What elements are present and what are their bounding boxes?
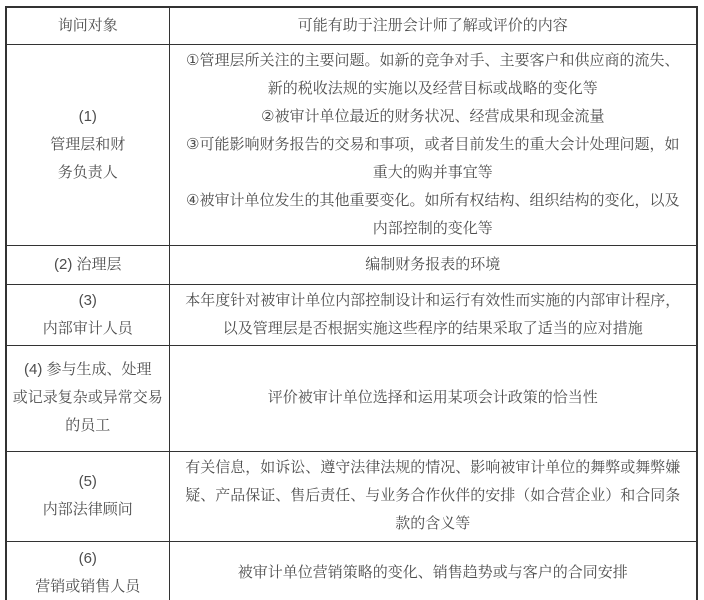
subject-line: 务负责人 [11,159,165,187]
content-cell: 有关信息，如诉讼、遵守法律法规的情况、影响被审计单位的舞弊或舞弊嫌疑、产品保证、… [169,451,697,541]
subject-line: (6) [11,545,165,573]
table-row: (4) 参与生成、处理或记录复杂或异常交易的员工评价被审计单位选择和运用某项会计… [6,345,697,451]
subject-line: (4) 参与生成、处理 [11,356,165,384]
table-header: 询问对象 可能有助于注册会计师了解或评价的内容 [6,7,697,44]
table-body: (1)管理层和财务负责人①管理层所关注的主要问题。如新的竞争对手、主要客户和供应… [6,44,697,600]
header-cell-subject: 询问对象 [6,7,169,44]
content-paragraph: 评价被审计单位选择和运用某项会计政策的恰当性 [185,384,682,412]
table-row: (3)内部审计人员本年度针对被审计单位内部控制设计和运行有效性而实施的内部审计程… [6,284,697,345]
content-cell: 被审计单位营销策略的变化、销售趋势或与客户的合同安排 [169,541,697,600]
header-cell-content: 可能有助于注册会计师了解或评价的内容 [169,7,697,44]
subject-cell: (1)管理层和财务负责人 [6,44,169,245]
content-paragraph: 有关信息，如诉讼、遵守法律法规的情况、影响被审计单位的舞弊或舞弊嫌疑、产品保证、… [185,454,682,538]
table-row: (6)营销或销售人员被审计单位营销策略的变化、销售趋势或与客户的合同安排 [6,541,697,600]
subject-line: 管理层和财 [11,131,165,159]
subject-cell: (3)内部审计人员 [6,284,169,345]
subject-line: (2) 治理层 [11,251,165,279]
content-paragraph: 编制财务报表的环境 [185,251,682,279]
subject-line: 的员工 [11,412,165,440]
subject-cell: (4) 参与生成、处理或记录复杂或异常交易的员工 [6,345,169,451]
content-paragraph: ①管理层所关注的主要问题。如新的竞争对手、主要客户和供应商的流失、新的税收法规的… [185,47,682,103]
subject-line: 或记录复杂或异常交易 [11,384,165,412]
table-row: (5)内部法律顾问有关信息，如诉讼、遵守法律法规的情况、影响被审计单位的舞弊或舞… [6,451,697,541]
subject-cell: (6)营销或销售人员 [6,541,169,600]
content-cell: ①管理层所关注的主要问题。如新的竞争对手、主要客户和供应商的流失、新的税收法规的… [169,44,697,245]
content-cell: 本年度针对被审计单位内部控制设计和运行有效性而实施的内部审计程序，以及管理层是否… [169,284,697,345]
subject-line: 营销或销售人员 [11,573,165,600]
subject-cell: (5)内部法律顾问 [6,451,169,541]
content-paragraph: ③可能影响财务报告的交易和事项，或者目前发生的重大会计处理问题，如重大的购并事宜… [185,131,682,187]
table-row: (2) 治理层编制财务报表的环境 [6,245,697,284]
subject-line: (3) [11,287,165,315]
subject-line: (1) [11,103,165,131]
content-paragraph: ②被审计单位最近的财务状况、经营成果和现金流量 [185,103,682,131]
subject-cell: (2) 治理层 [6,245,169,284]
content-paragraph: 本年度针对被审计单位内部控制设计和运行有效性而实施的内部审计程序，以及管理层是否… [185,287,682,343]
content-cell: 编制财务报表的环境 [169,245,697,284]
content-paragraph: ④被审计单位发生的其他重要变化。如所有权结构、组织结构的变化，以及内部控制的变化… [185,187,682,243]
inquiry-table: 询问对象 可能有助于注册会计师了解或评价的内容 (1)管理层和财务负责人①管理层… [5,6,698,600]
table-row: (1)管理层和财务负责人①管理层所关注的主要问题。如新的竞争对手、主要客户和供应… [6,44,697,245]
header-row: 询问对象 可能有助于注册会计师了解或评价的内容 [6,7,697,44]
subject-line: 内部审计人员 [11,315,165,343]
page: 询问对象 可能有助于注册会计师了解或评价的内容 (1)管理层和财务负责人①管理层… [0,0,704,600]
content-cell: 评价被审计单位选择和运用某项会计政策的恰当性 [169,345,697,451]
content-paragraph: 被审计单位营销策略的变化、销售趋势或与客户的合同安排 [185,559,682,587]
subject-line: (5) [11,468,165,496]
subject-line: 内部法律顾问 [11,496,165,524]
